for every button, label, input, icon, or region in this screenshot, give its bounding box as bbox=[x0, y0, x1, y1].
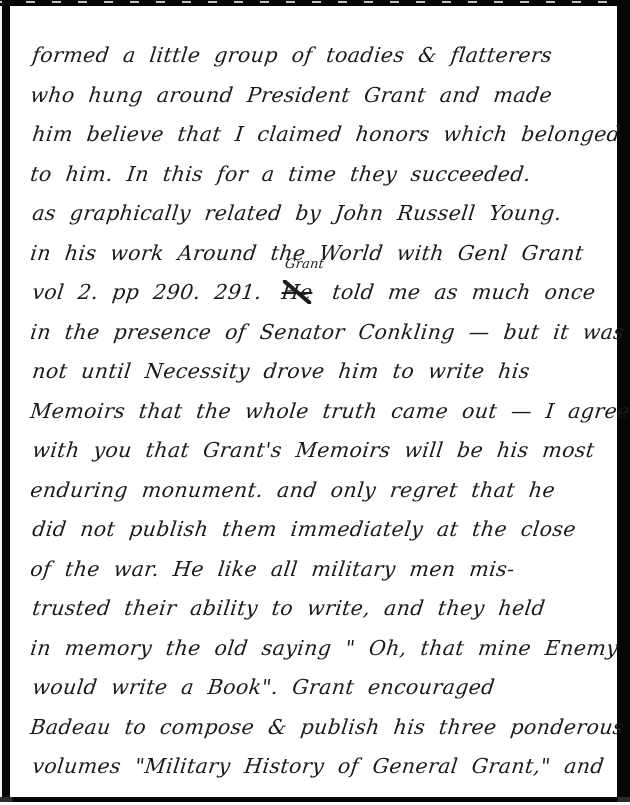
handwritten-line: trusted their ability to write, and they… bbox=[30, 589, 609, 629]
handwritten-line: enduring monument. and only regret that … bbox=[28, 471, 609, 511]
handwritten-line: as graphically related by John Russell Y… bbox=[30, 194, 609, 234]
inline-correction: Grant He bbox=[279, 273, 315, 313]
handwritten-line: did not publish them immediately at the … bbox=[30, 510, 609, 550]
handwritten-line: of the war. He like all military men mis… bbox=[28, 550, 609, 590]
handwritten-line: in memory the old saying " Oh, that mine… bbox=[28, 629, 609, 669]
scan-border-top bbox=[0, 0, 630, 6]
handwritten-line: volumes "Military History of General Gra… bbox=[30, 747, 609, 787]
handwritten-line: not until Necessity drove him to write h… bbox=[30, 352, 609, 392]
handwritten-line: would write a Book". Grant encouraged bbox=[30, 668, 609, 708]
handwritten-line: with you that Grant's Memoirs will be hi… bbox=[30, 431, 609, 471]
handwritten-line: formed a little group of toadies & flatt… bbox=[30, 36, 609, 76]
manuscript-scan-page: formed a little group of toadies & flatt… bbox=[0, 0, 630, 805]
struck-out-word: He bbox=[280, 280, 314, 304]
line-text-after-correction: told me as much once bbox=[331, 280, 597, 304]
handwritten-line: Badeau to compose & publish his three po… bbox=[28, 708, 609, 748]
handwritten-line: who hung around President Grant and made bbox=[28, 76, 609, 116]
handwritten-line: Memoirs that the whole truth came out — … bbox=[28, 392, 609, 432]
scan-border-left bbox=[2, 0, 10, 805]
handwritten-text-block: formed a little group of toadies & flatt… bbox=[28, 36, 604, 787]
inserted-word-above-line: Grant bbox=[284, 258, 325, 271]
handwritten-line: him believe that I claimed honors which … bbox=[30, 115, 609, 155]
handwritten-line: to him. In this for a time they succeede… bbox=[28, 155, 609, 195]
line-text-before-correction: vol 2. pp 290. 291. bbox=[31, 280, 263, 304]
handwritten-line: in the presence of Senator Conkling — bu… bbox=[28, 313, 609, 353]
handwritten-line-with-correction: vol 2. pp 290. 291. Grant He told me as … bbox=[30, 273, 609, 313]
